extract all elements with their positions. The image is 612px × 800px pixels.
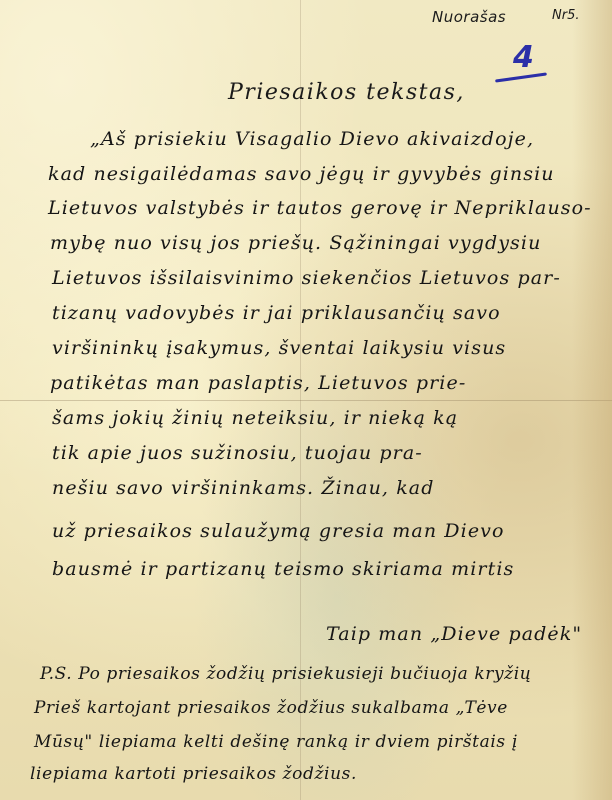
oath-line: patikėtas man paslaptis, Lietuvos prie- bbox=[50, 372, 466, 394]
postscript-line: Prieš kartojant priesaikos žodžius sukal… bbox=[34, 698, 508, 718]
oath-closing: Taip man „Dieve padėk" bbox=[326, 623, 582, 645]
paper-stain bbox=[572, 0, 612, 800]
postscript-line: liepiama kartoti priesaikos žodžius. bbox=[30, 764, 357, 784]
oath-line: Lietuvos išsilaisvinimo siekenčios Lietu… bbox=[52, 267, 561, 289]
oath-line: Lietuvos valstybės ir tautos gerovę ir N… bbox=[48, 197, 592, 219]
oath-line: nešiu savo viršininkams. Žinau, kad bbox=[52, 477, 435, 499]
postscript-line: Mūsų" liepiama kelti dešinę ranką ir dvi… bbox=[34, 732, 518, 752]
oath-line: bausmė ir partizanų teismo skiriama mirt… bbox=[52, 558, 514, 580]
oath-line: už priesaikos sulaužymą gresia man Dievo bbox=[52, 520, 505, 542]
page-number: 4 bbox=[513, 40, 534, 75]
archive-note: Nuorašas bbox=[432, 8, 506, 26]
oath-line: „Aš prisiekiu Visagalio Dievo akivaizdoj… bbox=[90, 128, 534, 150]
document-title: Priesaikos tekstas, bbox=[228, 80, 465, 105]
oath-line: kad nesigailėdamas savo jėgų ir gyvybės … bbox=[48, 163, 555, 185]
oath-line: tizanų vadovybės ir jai priklausančių sa… bbox=[52, 302, 501, 324]
paper-fold bbox=[0, 400, 612, 401]
oath-line: mybę nuo visų jos priešų. Sąžiningai vyg… bbox=[50, 232, 541, 254]
archive-reference: Nr5. bbox=[552, 8, 579, 23]
postscript-line: P.S. Po priesaikos žodžių prisiekusieji … bbox=[40, 664, 531, 684]
document-page: Nuorašas Nr5. 4 Priesaikos tekstas, „Aš … bbox=[0, 0, 612, 800]
oath-line: šams jokių žinių neteiksiu, ir nieką ką bbox=[52, 407, 458, 429]
oath-line: tik apie juos sužinosiu, tuojau pra- bbox=[52, 442, 423, 464]
oath-line: viršininkų įsakymus, šventai laikysiu vi… bbox=[52, 337, 506, 359]
